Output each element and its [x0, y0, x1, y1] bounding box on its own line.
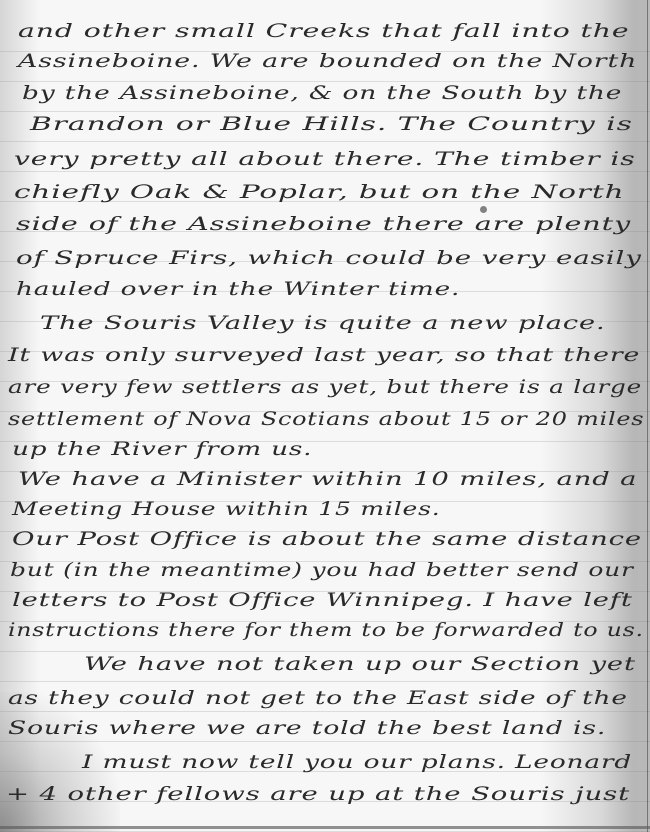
text-line: by the Assineboine, & on the South by th… — [22, 84, 622, 103]
text-line: We have a Minister within 10 miles, and … — [18, 470, 637, 489]
text-line: Brandon or Blue Hills. The Country is — [30, 115, 633, 134]
handwritten-text: and other small Creeks that fall into th… — [0, 0, 650, 832]
text-line: + 4 other fellows are up at the Souris j… — [6, 785, 630, 804]
text-line: side of the Assineboine there are plenty — [16, 215, 631, 234]
text-line: Our Post Office is about the same distan… — [12, 530, 642, 549]
text-line: hauled over in the Winter time. — [16, 280, 460, 299]
text-line: as they could not get to the East side o… — [8, 689, 628, 708]
text-line: chiefly Oak & Poplar, but on the North — [14, 183, 624, 202]
text-line: and other small Creeks that fall into th… — [18, 22, 630, 41]
text-line: very pretty all about there. The timber … — [14, 150, 636, 169]
text-line: but (in the meantime) you had better sen… — [10, 561, 634, 580]
text-line: I must now tell you our plans. Leonard — [82, 753, 632, 772]
text-line: We have not taken up our Section yet — [84, 655, 636, 674]
text-line: up the River from us. — [12, 440, 312, 459]
text-line: instructions there for them to be forwar… — [8, 621, 644, 640]
text-line: The Souris Valley is quite a new place. — [40, 314, 605, 333]
text-line: settlement of Nova Scotians about 15 or … — [8, 410, 644, 429]
letter-page: and other small Creeks that fall into th… — [0, 0, 650, 832]
text-line: are very few settlers as yet, but there … — [8, 378, 642, 397]
text-line: Assineboine. We are bounded on the North — [18, 52, 637, 71]
text-line: It was only surveyed last year, so that … — [8, 346, 640, 365]
text-line: of Spruce Firs, which could be very easi… — [16, 249, 642, 268]
text-line: Meeting House within 15 miles. — [12, 500, 440, 519]
text-line: Souris where we are told the best land i… — [8, 719, 606, 738]
text-line: letters to Post Office Winnipeg. I have … — [12, 591, 633, 610]
